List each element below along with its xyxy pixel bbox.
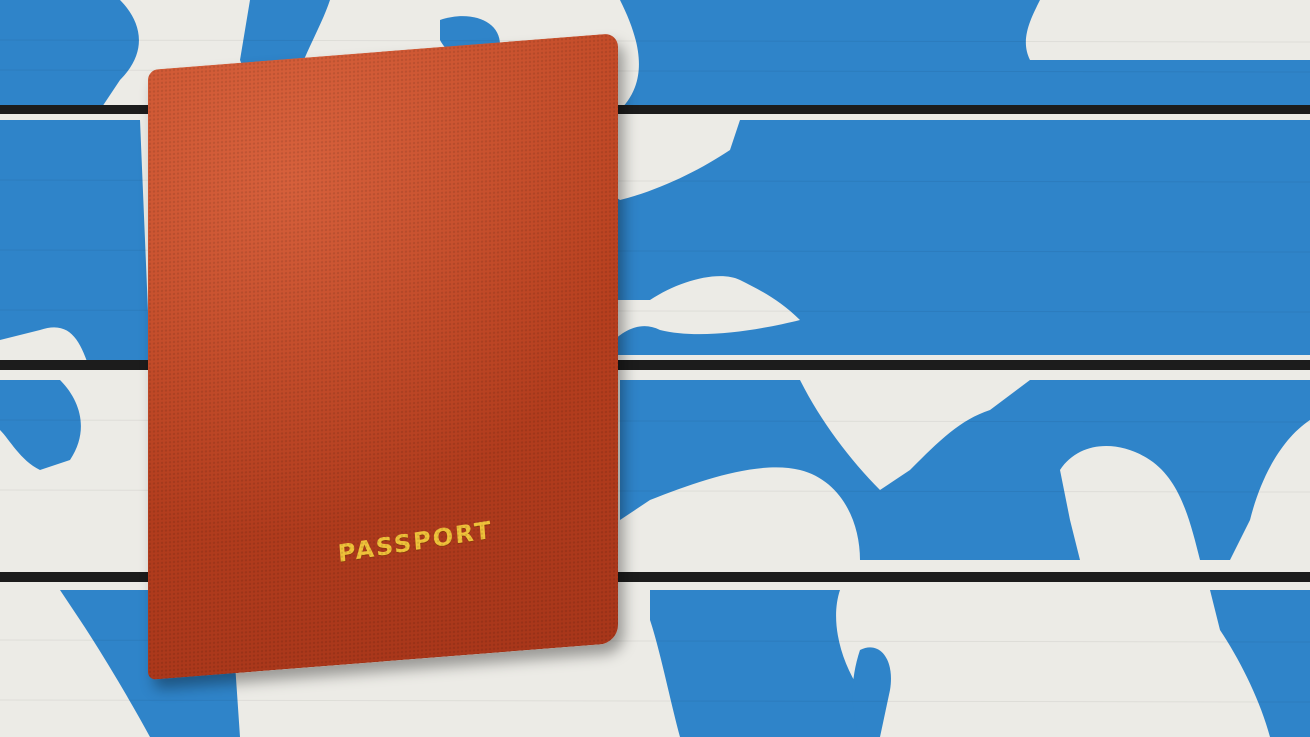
passport-title: PASSPORT <box>337 516 494 568</box>
photo-scene: PASSPORT <box>0 0 1310 737</box>
passport-cover: PASSPORT <box>148 33 618 680</box>
